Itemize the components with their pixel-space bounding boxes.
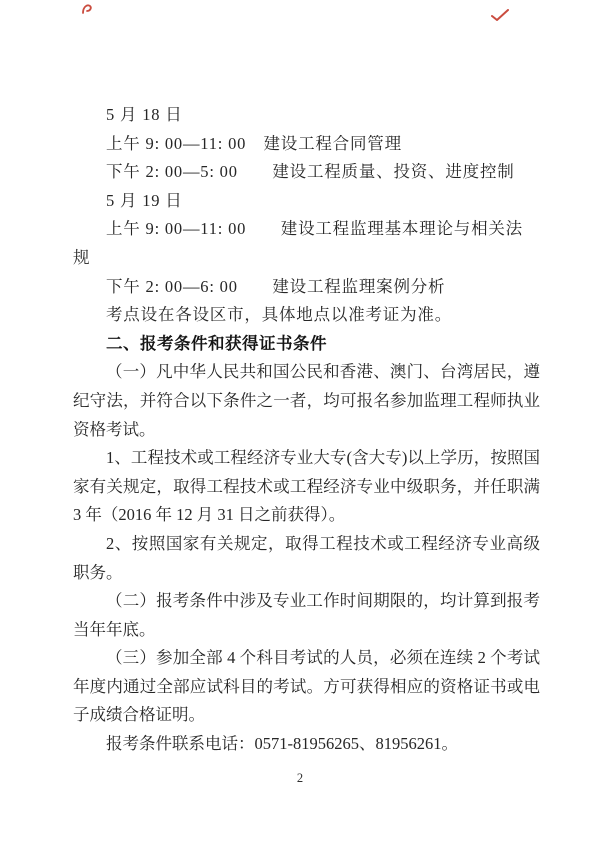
requirement-paragraph-1: （一）凡中华人民共和国公民和香港、澳门、台湾居民，遵纪守法，并符合以下条件之一者…: [73, 358, 540, 444]
exam-date-day1: 5 月 18 日: [73, 101, 540, 130]
exam-session-day1-afternoon: 下午 2: 00—5: 00 建设工程质量、投资、进度控制: [73, 158, 540, 187]
exam-session-day1-morning: 上午 9: 00—11: 00 建设工程合同管理: [73, 130, 540, 159]
exam-session-day2-afternoon: 下午 2: 00—6: 00 建设工程监理案例分析: [73, 273, 540, 302]
red-check-icon: [491, 8, 510, 23]
page-number: 2: [0, 771, 600, 786]
document-page: 5 月 18 日 上午 9: 00—11: 00 建设工程合同管理 下午 2: …: [0, 0, 600, 849]
requirement-paragraph-5: （三）参加全部 4 个科目考试的人员，必须在连续 2 个考试年度内通过全部应试科…: [73, 644, 540, 730]
venue-note: 考点设在各设区市，具体地点以准考证为准。: [73, 301, 540, 330]
requirement-paragraph-3: 2、按照国家有关规定，取得工程技术或工程经济专业高级职务。: [73, 530, 540, 587]
exam-session-day2-morning: 上午 9: 00—11: 00 建设工程监理基本理论与相关法规: [73, 215, 540, 272]
requirement-paragraph-2: 1、工程技术或工程经济专业大专(含大专)以上学历，按照国家有关规定，取得工程技术…: [73, 444, 540, 530]
requirement-paragraph-4: （二）报考条件中涉及专业工作时间期限的，均计算到报考当年年底。: [73, 587, 540, 644]
red-scribble-icon: [81, 2, 94, 16]
contact-phone-paragraph: 报考条件联系电话：0571-81956265、81956261。: [73, 730, 540, 759]
document-body: 5 月 18 日 上午 9: 00—11: 00 建设工程合同管理 下午 2: …: [73, 101, 540, 759]
exam-date-day2: 5 月 19 日: [73, 187, 540, 216]
section-heading: 二、报考条件和获得证书条件: [73, 330, 540, 359]
